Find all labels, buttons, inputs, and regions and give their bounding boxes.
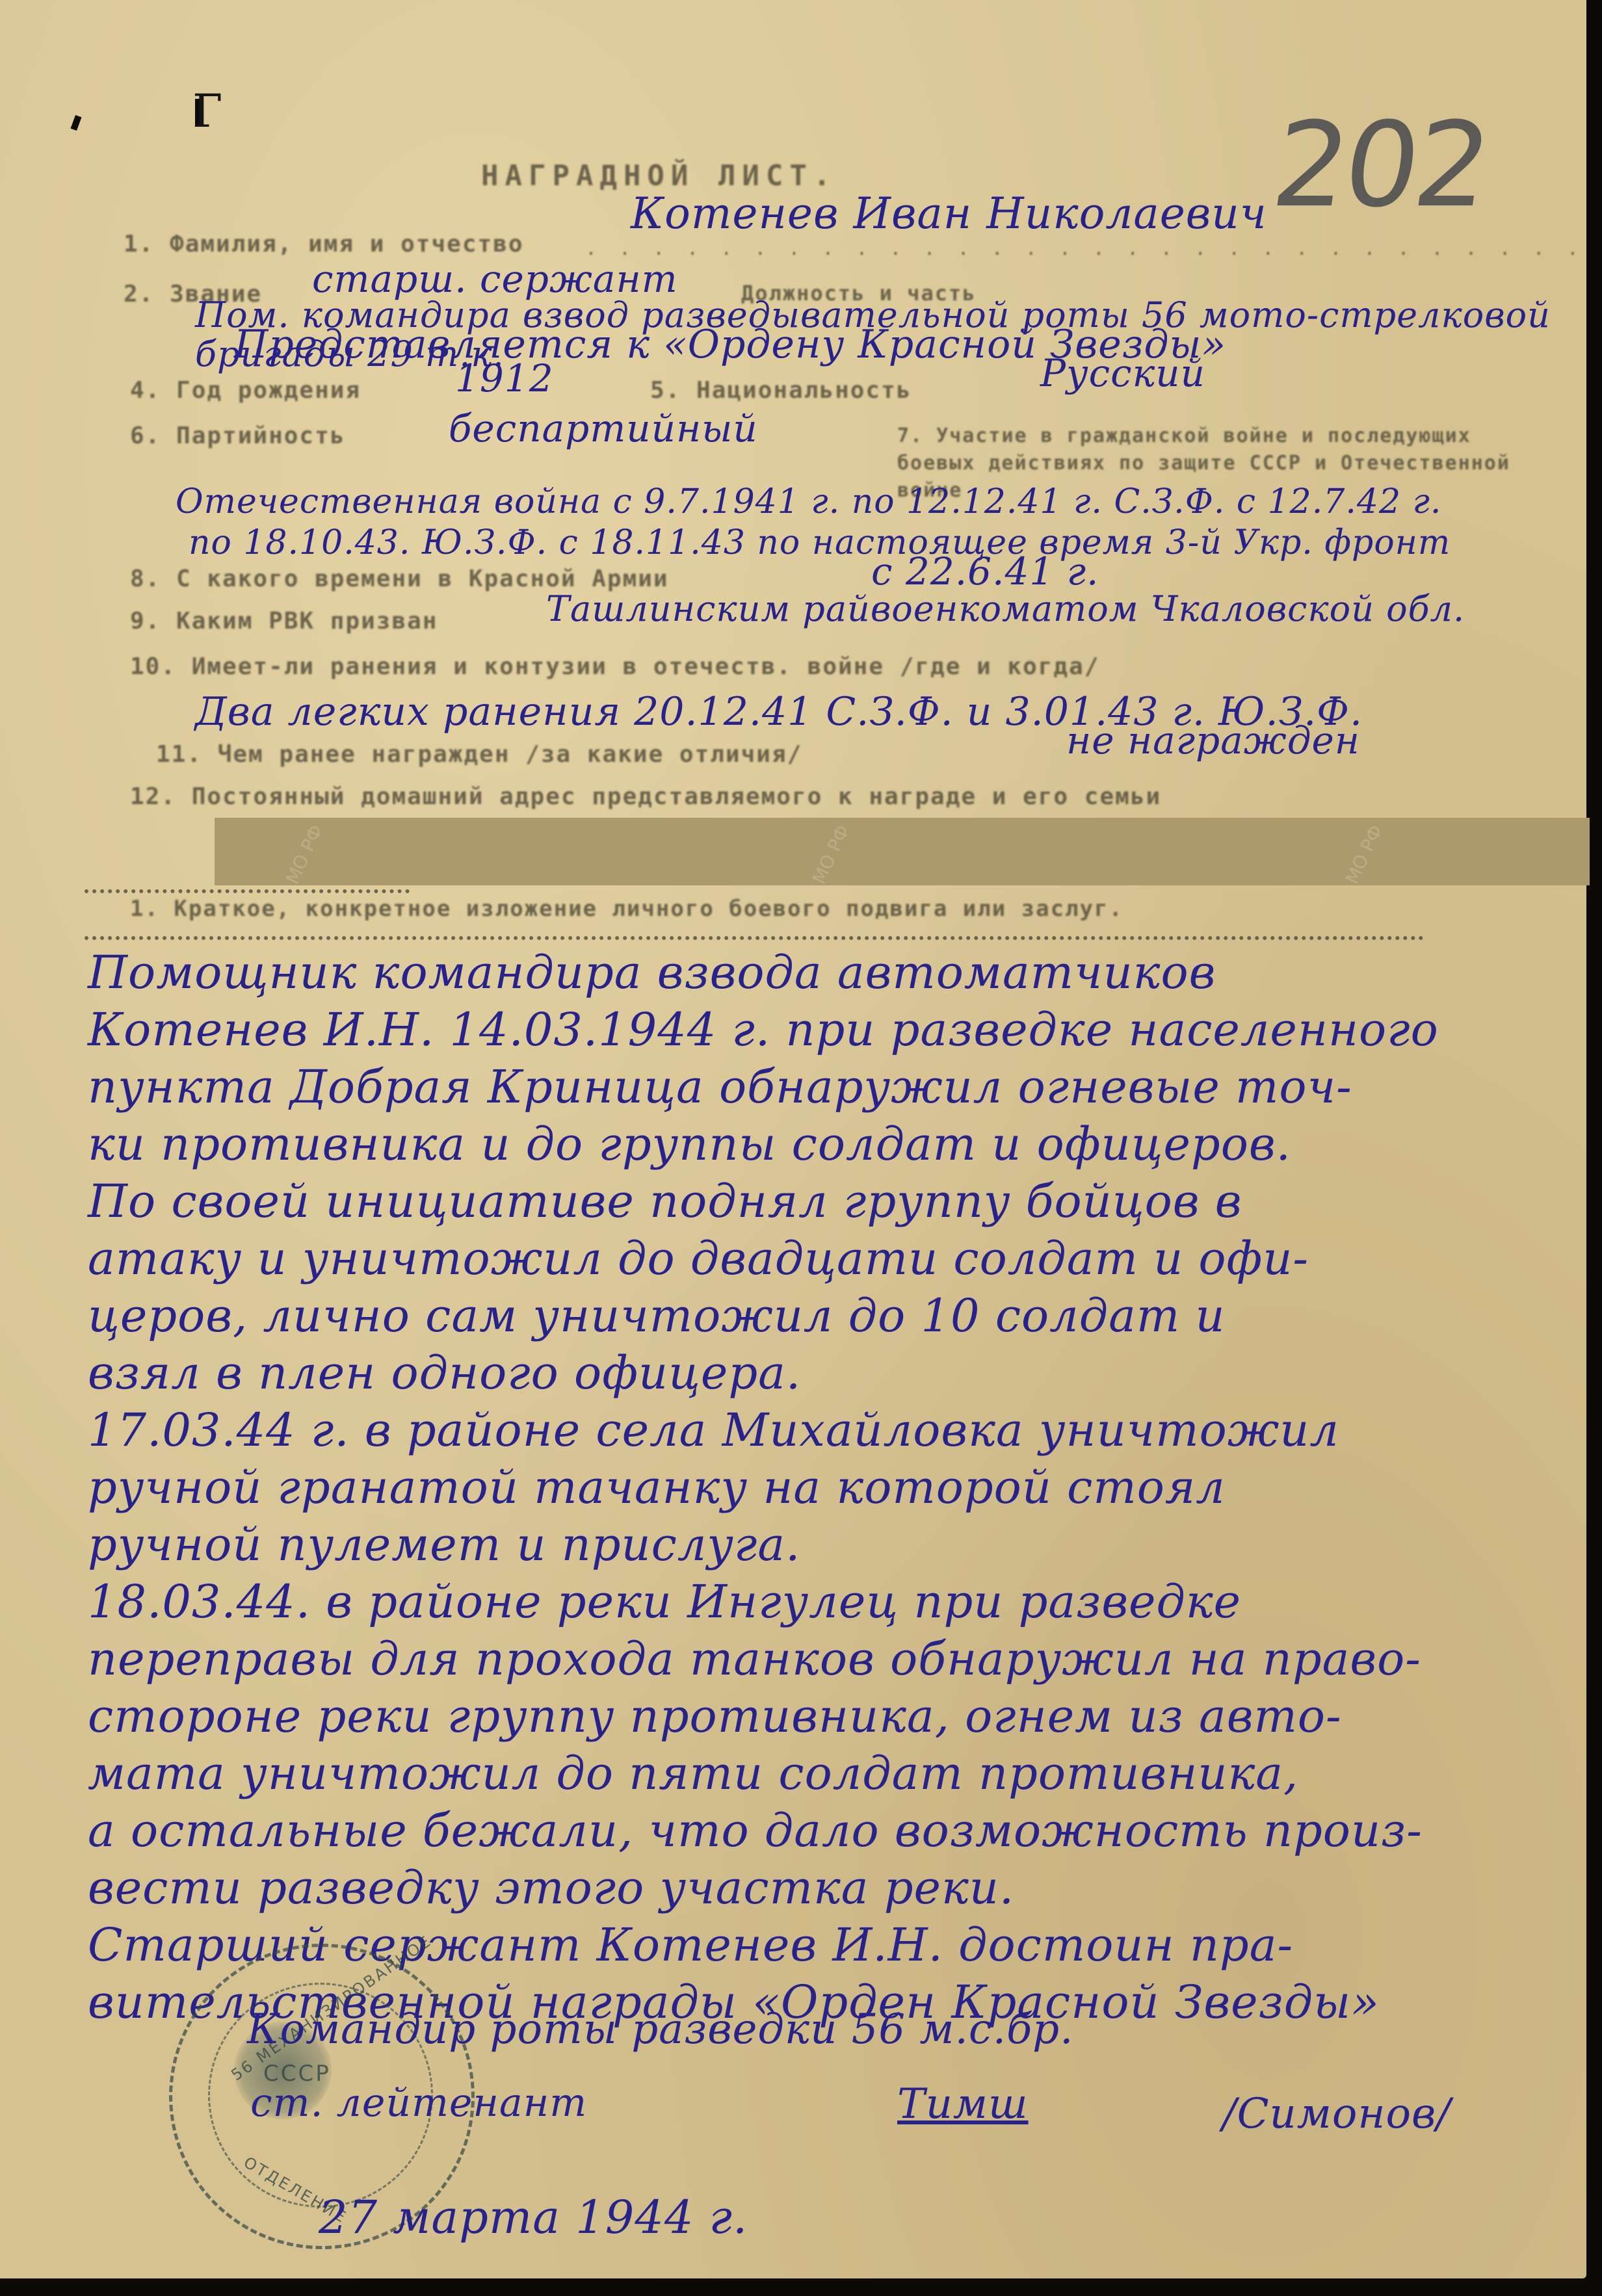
field-value-previous-awards: не награжден — [1066, 718, 1360, 763]
watermark: МО РФ — [282, 822, 328, 887]
narrative-block: Помощник командира взвода автоматчиков К… — [88, 946, 1583, 2033]
signature-date: 27 марта 1944 г. — [319, 2191, 748, 2244]
field-value-war-line2: по 18.10.43. Ю.З.Ф. с 18.11.43 по настоя… — [189, 523, 1451, 562]
award-sheet-page: Г 202 НАГРАДНОЙ ЛИСТ. 1. Фамилия, имя и … — [0, 0, 1586, 2278]
redacted-address-block: МО РФ МО РФ МО РФ — [215, 818, 1590, 885]
section-heading: 1. Краткое, конкретное изложение личного… — [130, 896, 1123, 922]
watermark: МО РФ — [808, 822, 854, 887]
field-label-home-address: 12. Постоянный домашний адрес представля… — [130, 783, 1161, 810]
narrative-line: взял в плен одного офицера. — [88, 1346, 1583, 1403]
field-value-birth-year: 1912 — [455, 356, 554, 400]
field-value-draft-office: Ташлинским райвоенкоматом Чкаловской обл… — [546, 588, 1465, 629]
narrative-line: церов, лично сам уничтожил до 10 солдат … — [88, 1289, 1583, 1346]
field-value-army-since: с 22.6.41 г. — [871, 549, 1099, 594]
watermark: МО РФ — [1341, 822, 1387, 887]
signature-name: /Симонов/ — [1222, 2090, 1451, 2138]
field-label-wounds: 10. Имеет-ли ранения и контузии в отечес… — [130, 653, 1099, 680]
signature-autograph: Тимш — [897, 2080, 1029, 2128]
narrative-line: 18.03.44. в районе реки Ингулец при разв… — [88, 1575, 1583, 1632]
narrative-line: ки противника и до группы солдат и офице… — [88, 1117, 1583, 1175]
field-label-party: 6. Партийность — [130, 423, 345, 449]
narrative-line: 17.03.44 г. в районе села Михайловка уни… — [88, 1403, 1583, 1461]
field-label-previous-awards: 11. Чем ранее награжден /за какие отличи… — [156, 741, 802, 768]
paper-hole — [71, 115, 82, 131]
field-value-name: Котенев Иван Николаевич — [631, 189, 1267, 239]
narrative-line: По своей инициативе поднял группу бойцов… — [88, 1175, 1583, 1232]
narrative-line: мата уничтожил до пяти солдат противника… — [88, 1747, 1583, 1804]
archive-number: 202 — [1265, 98, 1495, 233]
field-label-nationality: 5. Национальность — [650, 377, 912, 404]
narrative-line: Котенев И.Н. 14.03.1944 г. при разведке … — [88, 1003, 1583, 1060]
fill-dots: .............................. — [585, 237, 1601, 260]
signature-rank: ст. лейтенант — [250, 2080, 587, 2126]
narrative-line: атаку и уничтожил до двадцати солдат и о… — [88, 1232, 1583, 1289]
narrative-line: Помощник командира взвода автоматчиков — [88, 946, 1583, 1003]
corner-mark: Г — [192, 85, 223, 138]
narrative-line: ручной пулемет и прислуга. — [88, 1518, 1583, 1575]
narrative-line: стороне реки группу противника, огнем из… — [88, 1689, 1583, 1747]
section-divider — [85, 889, 410, 893]
signature-position: Командир роты разведки 56 м.с.бр. — [247, 2005, 1073, 2054]
narrative-line: вести разведку этого участка реки. — [88, 1861, 1583, 1918]
narrative-line: пункта Добрая Криница обнаружил огневые … — [88, 1060, 1583, 1117]
narrative-line: переправы для прохода танков обнаружил н… — [88, 1632, 1583, 1689]
field-value-war-line1: Отечественная война с 9.7.1941 г. по 12.… — [176, 482, 1441, 521]
document-title: НАГРАДНОЙ ЛИСТ. — [481, 159, 837, 192]
field-label-draft-office: 9. Каким РВК призван — [130, 608, 438, 634]
narrative-line: ручной гранатой тачанку на которой стоял — [88, 1461, 1583, 1518]
field-value-nationality: Русский — [1040, 351, 1205, 395]
field-label-birth-year: 4. Год рождения — [130, 377, 361, 404]
dotted-divider — [85, 936, 1424, 940]
narrative-line: а остальные бежали, что дало возможность… — [88, 1804, 1583, 1861]
field-label-name: 1. Фамилия, имя и отчество — [124, 231, 524, 257]
field-value-party: беспартийный — [449, 406, 758, 450]
